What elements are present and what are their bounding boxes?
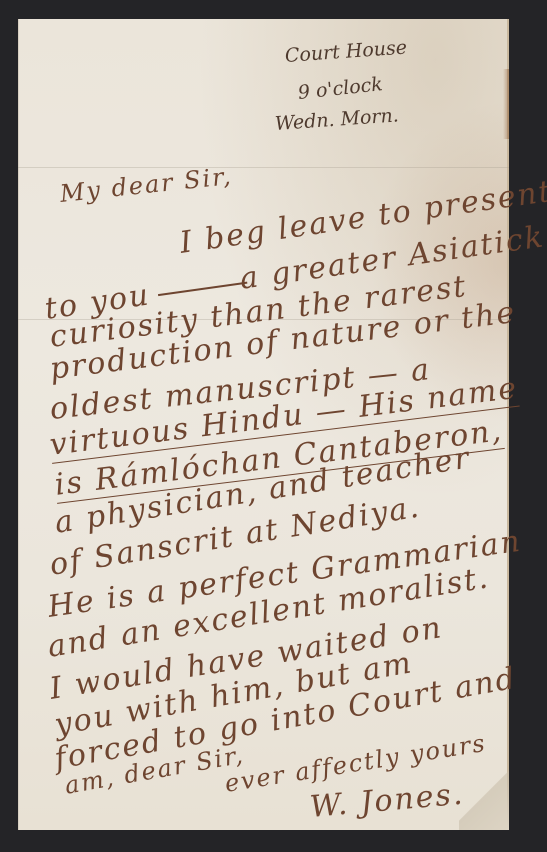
fold-line (18, 167, 509, 168)
edge-stain (503, 69, 509, 139)
folded-corner (459, 760, 509, 830)
